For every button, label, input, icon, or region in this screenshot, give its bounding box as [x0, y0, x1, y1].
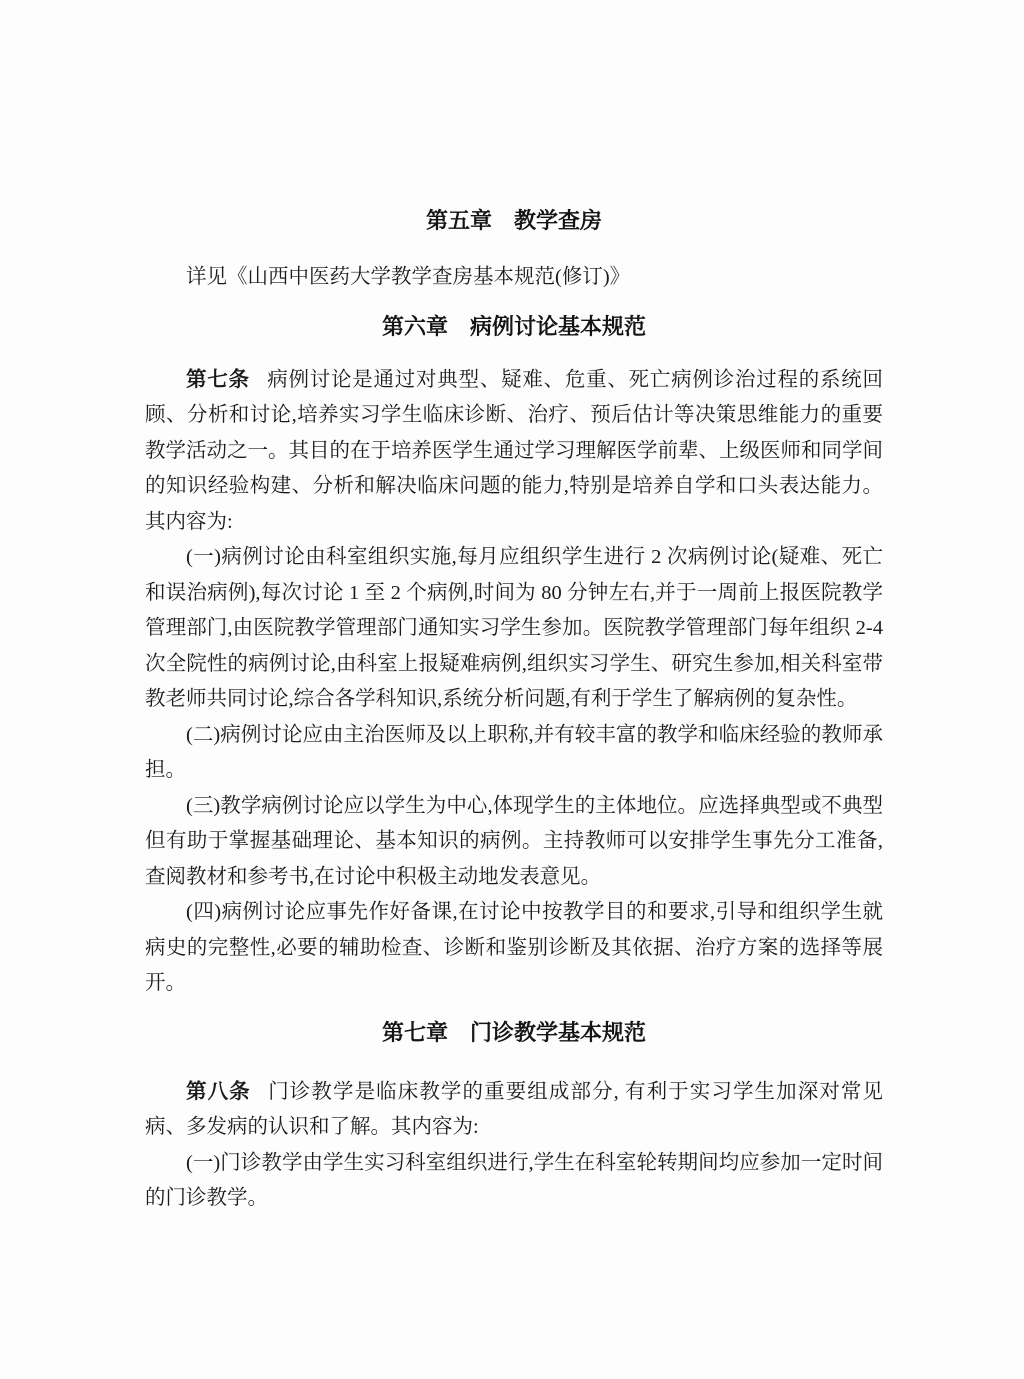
- chapter-6-item-4-paragraph: (四)病例讨论应事先作好备课,在讨论中按教学目的和要求,引导和组织学生就病史的完…: [145, 895, 883, 1002]
- chapter-7-item-1-paragraph: (一)门诊教学由学生实习科室组织进行,学生在科室轮转期间均应参加一定时间的门诊教…: [145, 1146, 883, 1217]
- article-8-text: 门诊教学是临床教学的重要组成部分, 有利于实习学生加深对常见病、多发病的认识和了…: [145, 1081, 883, 1139]
- chapter-7-heading: 第七章 门诊教学基本规范: [145, 1018, 883, 1048]
- chapter-5-reference-paragraph: 详见《山西中医药大学教学查房基本规范(修订)》: [145, 260, 883, 296]
- article-8-label: 第八条: [186, 1080, 251, 1103]
- chapter-6-item-2-paragraph: (二)病例讨论应由主治医师及以上职称,并有较丰富的教学和临床经验的教师承担。: [145, 718, 883, 789]
- chapter-6-item-3-paragraph: (三)教学病例讨论应以学生为中心,体现学生的主体地位。应选择典型或不典型但有助于…: [145, 789, 883, 896]
- article-7-text: 病例讨论是通过对典型、疑难、危重、死亡病例诊治过程的系统回顾、分析和讨论,培养实…: [145, 369, 883, 533]
- chapter-6-item-1-paragraph: (一)病例讨论由科室组织实施,每月应组织学生进行 2 次病例讨论(疑难、死亡和误…: [145, 540, 883, 718]
- chapter-5-heading: 第五章 教学查房: [145, 206, 883, 236]
- document-page: 第五章 教学查房 详见《山西中医药大学教学查房基本规范(修订)》 第六章 病例讨…: [0, 0, 1024, 1379]
- document-content: 第五章 教学查房 详见《山西中医药大学教学查房基本规范(修订)》 第六章 病例讨…: [145, 0, 883, 1217]
- article-8-paragraph: 第八条门诊教学是临床教学的重要组成部分, 有利于实习学生加深对常见病、多发病的认…: [145, 1074, 883, 1146]
- article-7-paragraph: 第七条病例讨论是通过对典型、疑难、危重、死亡病例诊治过程的系统回顾、分析和讨论,…: [145, 362, 883, 541]
- chapter-6-heading: 第六章 病例讨论基本规范: [145, 312, 883, 342]
- article-7-label: 第七条: [186, 368, 250, 391]
